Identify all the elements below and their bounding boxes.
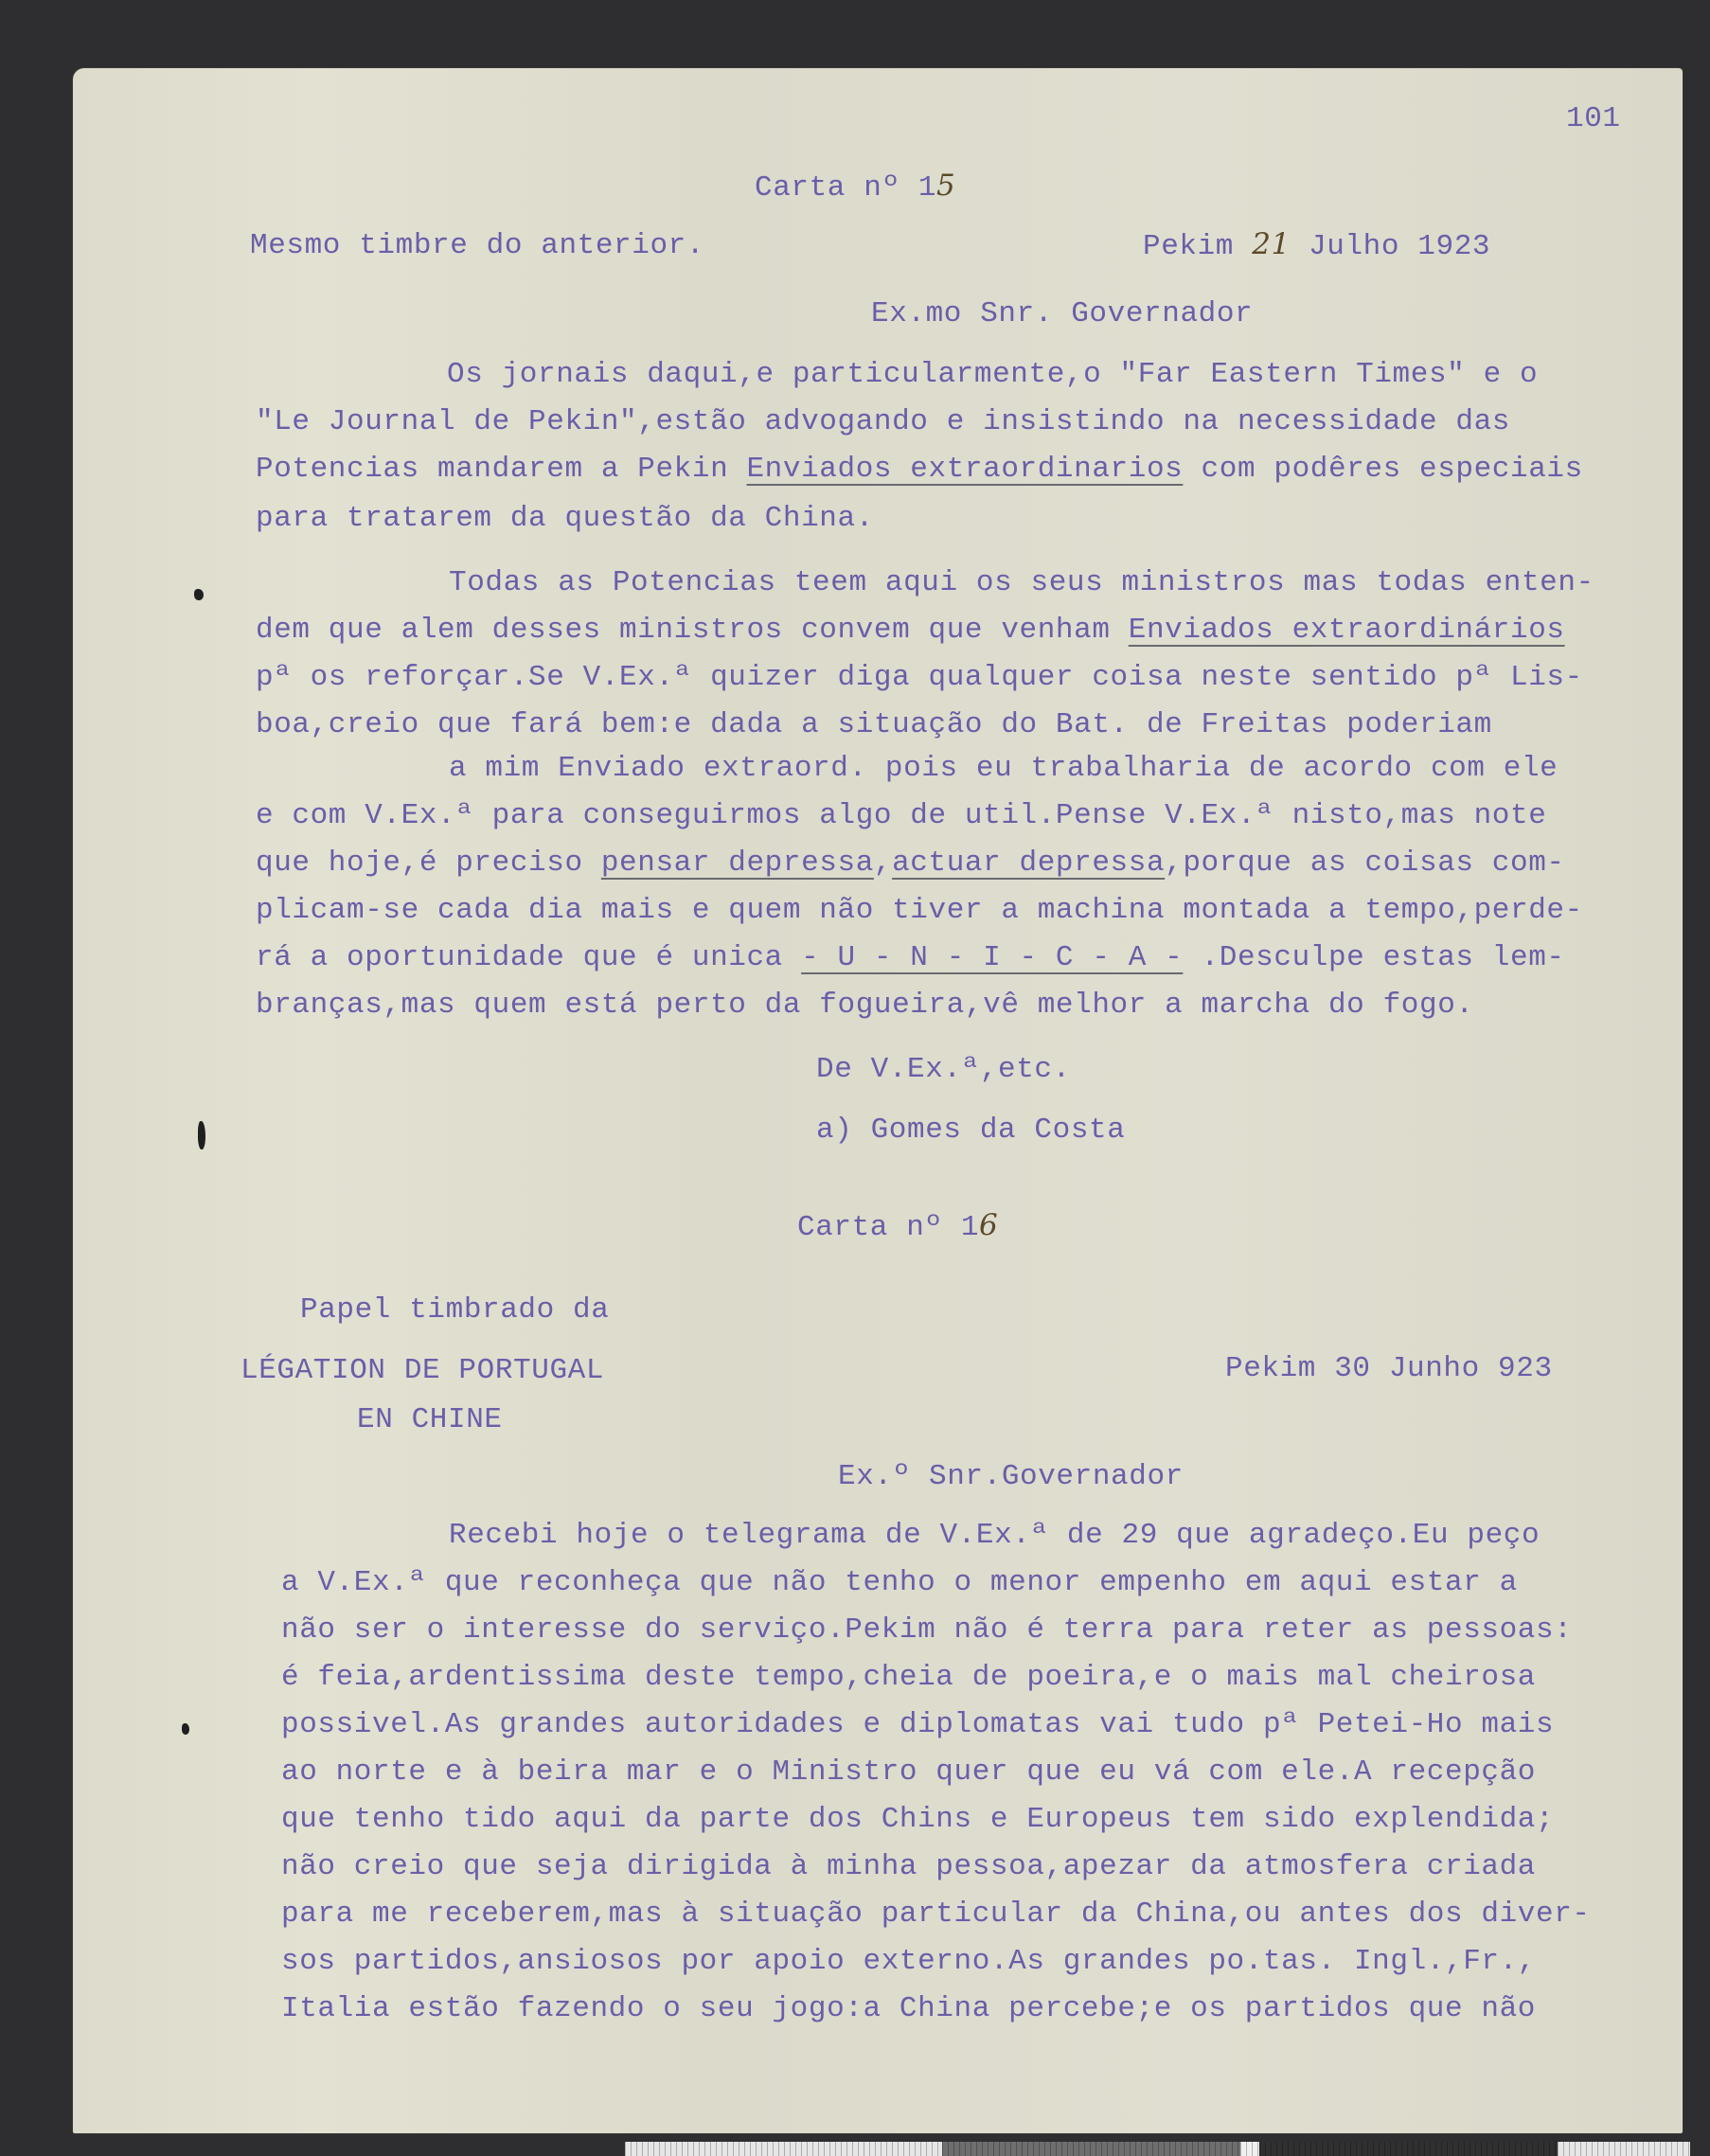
- paragraph-line: Italia estão fazendo o seu jogo:a China …: [281, 1992, 1536, 2026]
- paragraph-line: sos partidos,ansiosos por apoio externo.…: [281, 1945, 1536, 1979]
- underlined-text: actuar depressa: [892, 846, 1165, 880]
- letter-15-heading: Carta nº 15: [755, 169, 955, 205]
- scale-segment-black: [1259, 2142, 1558, 2156]
- letterhead-note: Mesmo timbre do anterior.: [250, 229, 704, 263]
- paragraph-line: a V.Ex.ª que reconheça que não tenho o m…: [281, 1566, 1518, 1600]
- letterhead-line: EN CHINE: [357, 1403, 503, 1437]
- paragraph-line: Recebi hoje o telegrama de V.Ex.ª de 29 …: [449, 1519, 1540, 1553]
- paragraph-line: dem que alem desses ministros convem que…: [256, 614, 1565, 648]
- scale-segment-white: [1240, 2142, 1259, 2156]
- paragraph-line: plicam-se cada dia mais e quem não tiver…: [256, 894, 1583, 928]
- underlined-text: Enviados extraordinarios: [746, 453, 1183, 486]
- paragraph-line: Todas as Potencias teem aqui os seus min…: [449, 566, 1594, 600]
- binding-hole-mark: [198, 1121, 205, 1149]
- binding-hole-mark: [194, 589, 204, 600]
- salutation: Ex.º Snr.Governador: [838, 1460, 1184, 1494]
- underlined-text: - U - N - I - C - A -: [801, 941, 1183, 974]
- salutation: Ex.mo Snr. Governador: [871, 297, 1253, 331]
- place-date: Pekim 21 Julho 1923: [1143, 227, 1490, 264]
- paragraph-line: ao norte e à beira mar e o Ministro quer…: [281, 1755, 1536, 1790]
- paragraph-line: e com V.Ex.ª para conseguirmos algo de u…: [256, 799, 1546, 833]
- letter-16-heading: Carta nº 16: [797, 1208, 998, 1245]
- handwritten-number: 5: [936, 169, 955, 203]
- closing: De V.Ex.ª,etc.: [816, 1053, 1071, 1087]
- paragraph-line: Os jornais daqui,e particularmente,o "Fa…: [447, 358, 1538, 392]
- paragraph-line: possivel.As grandes autoridades e diplom…: [281, 1708, 1554, 1742]
- paragraph-line: Potencias mandarem a Pekin Enviados extr…: [256, 453, 1583, 487]
- paragraph-line: "Le Journal de Pekin",estão advogando e …: [256, 405, 1510, 439]
- scale-segment-white: [625, 2142, 942, 2156]
- letterhead-note: Papel timbrado da: [300, 1293, 609, 1327]
- underlined-text: Enviados extraordinários: [1129, 614, 1565, 647]
- letterhead-line: LÉGATION DE PORTUGAL: [240, 1354, 604, 1388]
- paragraph-line: rá a oportunidade que é unica - U - N - …: [256, 941, 1565, 975]
- scale-segment-gray: [942, 2142, 1240, 2156]
- paragraph-line: pª os reforçar.Se V.Ex.ª quizer diga qua…: [256, 661, 1583, 695]
- document-page: 101 Carta nº 15 Mesmo timbre do anterior…: [73, 68, 1683, 2133]
- paragraph-line: não creio que seja dirigida à minha pess…: [281, 1850, 1536, 1884]
- scale-segment-white: [1558, 2142, 1690, 2156]
- paragraph-line: não ser o interesse do serviço.Pekim não…: [281, 1613, 1572, 1648]
- signature: a) Gomes da Costa: [816, 1114, 1125, 1148]
- paragraph-line: que tenho tido aqui da parte dos Chins e…: [281, 1803, 1554, 1837]
- paragraph-line: que hoje,é preciso pensar depressa,actua…: [256, 846, 1565, 881]
- paragraph-line: é feia,ardentissima deste tempo,cheia de…: [281, 1661, 1536, 1695]
- paragraph-line: a mim Enviado extraord. pois eu trabalha…: [449, 752, 1558, 786]
- color-scale-bar: [625, 2142, 1695, 2156]
- handwritten-number: 6: [979, 1208, 998, 1242]
- binding-hole-mark: [182, 1723, 189, 1735]
- underlined-text: pensar depressa: [601, 846, 874, 880]
- paragraph-line: para tratarem da questão da China.: [256, 502, 874, 536]
- page-number: 101: [1566, 102, 1621, 136]
- paragraph-line: branças,mas quem está perto da fogueira,…: [256, 989, 1474, 1023]
- paragraph-line: para me receberem,mas à situação particu…: [281, 1898, 1591, 1932]
- place-date: Pekim 30 Junho 923: [1225, 1352, 1553, 1386]
- paragraph-line: boa,creio que fará bem:e dada a situação…: [256, 708, 1492, 742]
